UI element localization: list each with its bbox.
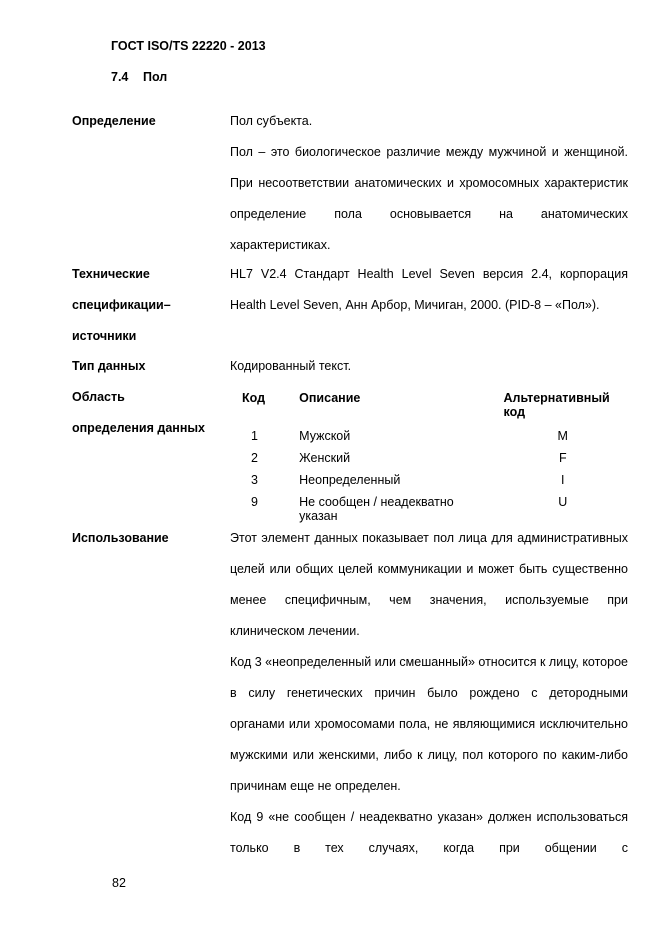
section-title: 7.4Пол xyxy=(111,70,167,84)
term-line: определения данных xyxy=(72,413,222,444)
definition-paragraph: Пол – это биологическое различие между м… xyxy=(230,137,628,261)
page-number: 82 xyxy=(112,876,126,890)
cell-code: 1 xyxy=(230,429,299,451)
technical-sources-text: HL7 V2.4 Стандарт Health Level Seven вер… xyxy=(230,259,628,321)
code-table: Код Описание Альтернативный код 1 Мужско… xyxy=(230,382,628,531)
term-data-type: Тип данных xyxy=(72,351,222,382)
term-line: Технические xyxy=(72,259,222,290)
entry-data-type: Тип данных Кодированный текст. xyxy=(72,351,628,382)
usage-paragraph: Этот элемент данных показывает пол лица … xyxy=(230,523,628,647)
section-number: 7.4 xyxy=(111,70,143,84)
cell-description: Неопределенный xyxy=(299,473,503,495)
cell-alt-code: I xyxy=(504,473,628,495)
header-code: Код xyxy=(230,382,299,429)
entry-usage: Использование Этот элемент данных показы… xyxy=(72,523,628,863)
cell-code: 2 xyxy=(230,451,299,473)
usage-paragraph: Код 3 «неопределенный или смешанный» отн… xyxy=(230,647,628,802)
term-line: Область xyxy=(72,382,222,413)
table-row: 2 Женский F xyxy=(230,451,628,473)
code-table-header-row: Код Описание Альтернативный код xyxy=(230,382,628,429)
table-row: 3 Неопределенный I xyxy=(230,473,628,495)
data-type-text: Кодированный текст. xyxy=(230,351,628,382)
term-technical-sources: Технические спецификации– источники xyxy=(72,259,222,352)
page-header: ГОСТ ISO/TS 22220 - 2013 xyxy=(111,39,266,53)
term-definition: Определение xyxy=(72,106,222,137)
cell-description: Женский xyxy=(299,451,503,473)
term-line: спецификации– xyxy=(72,290,222,321)
term-value-domain: Область определения данных xyxy=(72,382,222,444)
cell-code: 3 xyxy=(230,473,299,495)
cell-alt-code: M xyxy=(504,429,628,451)
entry-value-domain: Область определения данных Код Описание … xyxy=(72,382,628,530)
term-line: источники xyxy=(72,321,222,352)
term-usage: Использование xyxy=(72,523,222,554)
table-row: 1 Мужской M xyxy=(230,429,628,451)
cell-alt-code: F xyxy=(504,451,628,473)
entry-technical-sources: Технические спецификации– источники HL7 … xyxy=(72,259,628,354)
usage-text: Этот элемент данных показывает пол лица … xyxy=(230,523,628,864)
definition-text: Пол субъекта. Пол – это биологическое ра… xyxy=(230,106,628,261)
cell-description: Мужской xyxy=(299,429,503,451)
entry-definition: Определение Пол субъекта. Пол – это биол… xyxy=(72,106,628,261)
usage-paragraph: Код 9 «не сообщен / неадекватно указан» … xyxy=(230,802,628,864)
header-alt-code: Альтернативный код xyxy=(504,382,628,429)
section-title-text: Пол xyxy=(143,70,167,84)
header-description: Описание xyxy=(299,382,503,429)
definition-paragraph: Пол субъекта. xyxy=(230,106,628,137)
